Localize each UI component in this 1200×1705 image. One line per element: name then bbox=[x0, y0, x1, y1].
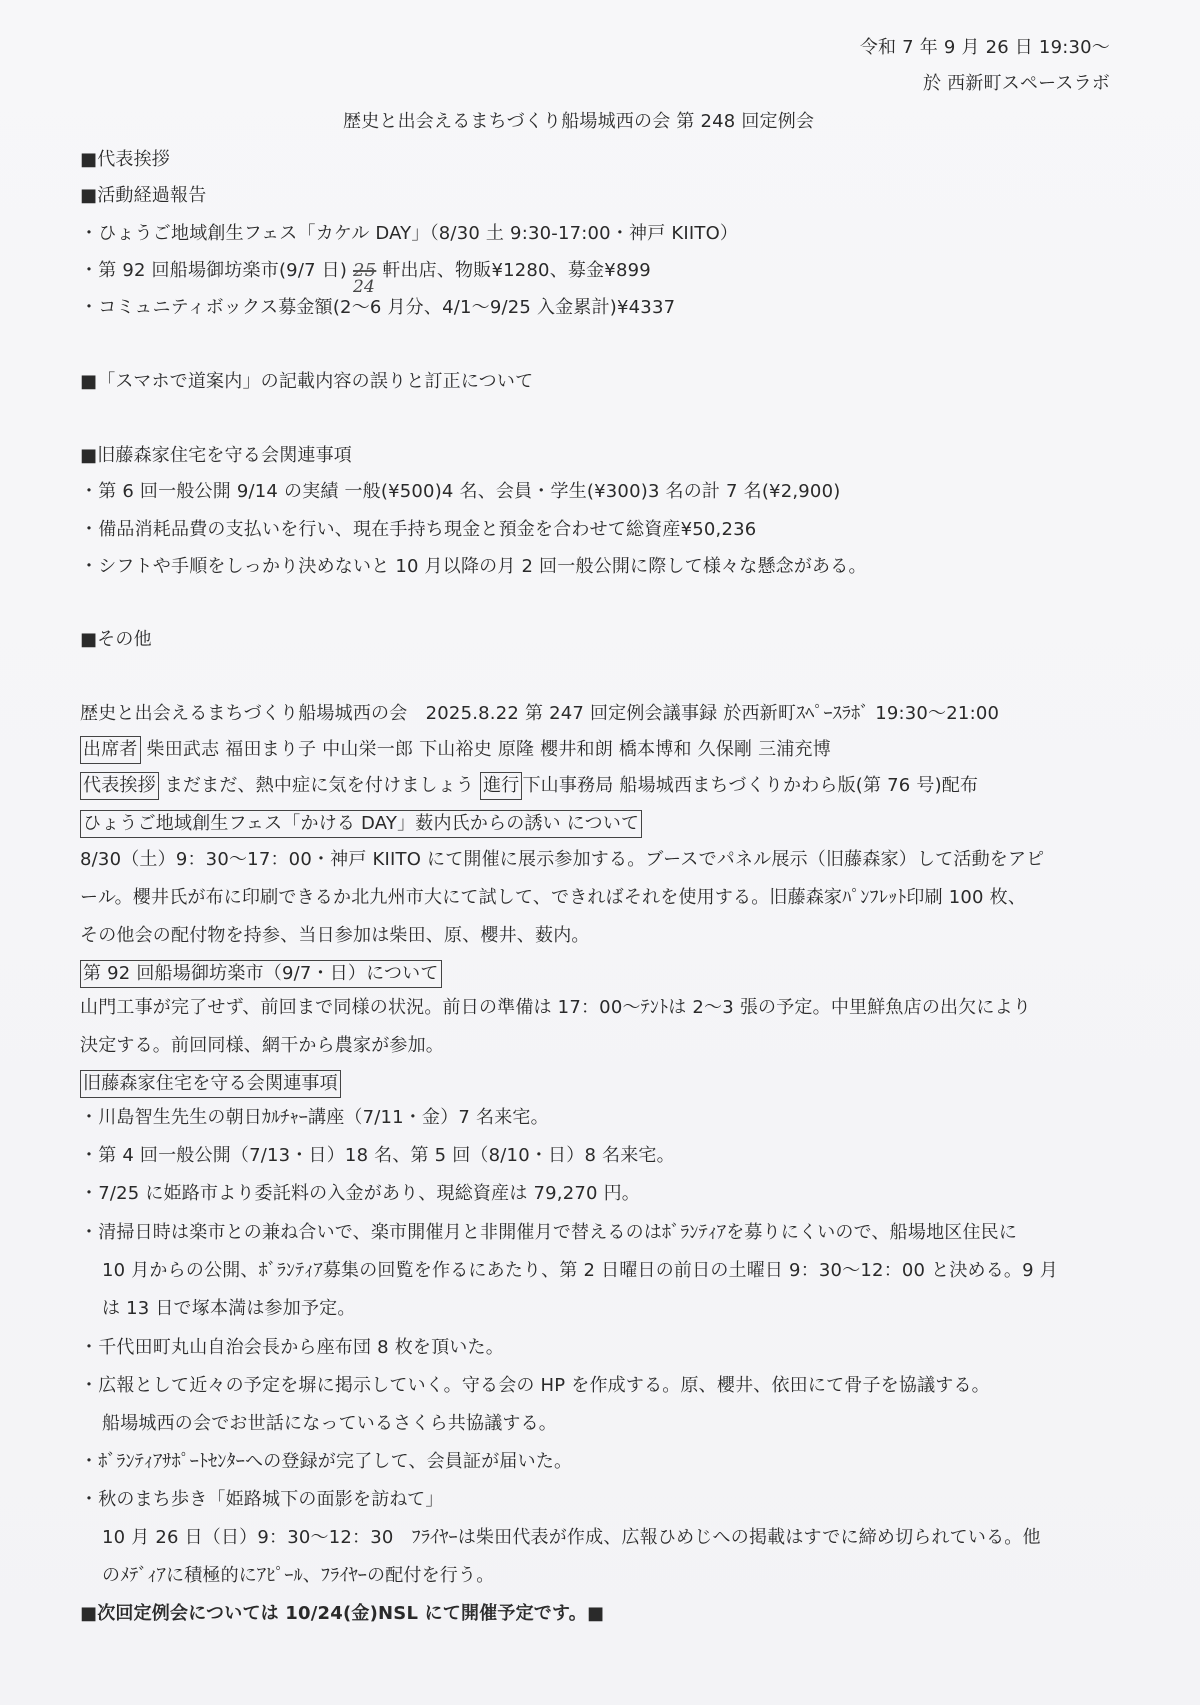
greeting-label: 代表挨拶 bbox=[80, 772, 159, 800]
moderator-label: 進行 bbox=[480, 772, 522, 800]
section-heading-rakuichi: 第 92 回船場御坊楽市（9/7・日）について bbox=[80, 960, 442, 988]
section-heading-fes: ひょうご地域創生フェス「かける DAY」薮内氏からの誘い について bbox=[80, 810, 642, 838]
section-line: のﾒﾃﾞｨｱに積極的にｱﾋﾟｰﾙ、ﾌﾗｲﾔｰの配付を行う。 bbox=[102, 1564, 494, 1588]
section-heading-text: 旧藤森家住宅を守る会関連事項 bbox=[80, 1070, 341, 1098]
attendees-label: 出席者 bbox=[80, 736, 141, 764]
next-meeting-notice: ■次回定例会については 10/24(金)NSL にて開催予定です。■ bbox=[80, 1602, 604, 1626]
section-line: ・広報として近々の予定を塀に掲示していく。守る会の HP を作成する。原、櫻井、… bbox=[80, 1374, 990, 1398]
section-line: ール。櫻井氏が布に印刷できるか北九州市大にて試して、できればそれを使用する。旧藤… bbox=[80, 886, 1026, 910]
heading-activity-report: ■活動経過報告 bbox=[80, 184, 206, 208]
heading-fujimori: ■旧藤森家住宅を守る会関連事項 bbox=[80, 444, 352, 468]
section-line: 決定する。前回同様、網干から農家が参加。 bbox=[80, 1034, 444, 1058]
minutes-title: 歴史と出会えるまちづくり船場城西の会 2025.8.22 第 247 回定例会議… bbox=[80, 702, 999, 726]
document-title: 歴史と出会えるまちづくり船場城西の会 第 248 回定例会 bbox=[343, 110, 814, 134]
meeting-venue: 於 西新町スペースラボ bbox=[923, 72, 1110, 96]
fujimori-item: ・備品消耗品費の支払いを行い、現在手持ち現金と預金を合わせて総資産¥50,236 bbox=[80, 518, 756, 542]
meeting-date-time: 令和 7 年 9 月 26 日 19:30～ bbox=[860, 36, 1110, 60]
section-line: ・第 4 回一般公開（7/13・日）18 名、第 5 回（8/10・日）8 名来… bbox=[80, 1144, 675, 1168]
handwritten-correction: 25 24 bbox=[353, 259, 376, 283]
heading-greeting: ■代表挨拶 bbox=[80, 148, 170, 172]
heading-smartphone-guide: ■「スマホで道案内」の記載内容の誤りと訂正について bbox=[80, 370, 533, 394]
section-line: 10 月 26 日（日）9：30～12：30 ﾌﾗｲﾔｰは柴田代表が作成、広報ひ… bbox=[102, 1526, 1041, 1550]
section-line: ・秋のまち歩き「姫路城下の面影を訪ねて」 bbox=[80, 1488, 444, 1512]
section-heading-text: ひょうご地域創生フェス「かける DAY」薮内氏からの誘い について bbox=[80, 810, 642, 838]
moderator-text: 下山事務局 船場城西まちづくりかわら版(第 76 号)配布 bbox=[522, 775, 978, 796]
activity-item-fes: ・ひょうご地域創生フェス「カケル DAY」（8/30 土 9:30-17:00・… bbox=[80, 222, 738, 246]
activity-item-rakuichi: ・第 92 回船場御坊楽市(9/7 日) 25 24 軒出店、物販¥1280、募… bbox=[80, 259, 651, 283]
section-line: ・千代田町丸山自治会長から座布団 8 枚を頂いた。 bbox=[80, 1336, 504, 1360]
attendees-row: 出席者 柴田武志 福田まり子 中山栄一郎 下山裕史 原隆 櫻井和朗 橋本博和 久… bbox=[80, 736, 831, 764]
section-line: ・清掃日時は楽市との兼ね合いで、楽市開催月と非開催月で替えるのはﾎﾞﾗﾝﾃｨｱを… bbox=[80, 1221, 1017, 1245]
rakuichi-details: 軒出店、物販¥1280、募金¥899 bbox=[382, 260, 651, 281]
activity-item-community-box: ・コミュニティボックス募金額(2～6 月分、4/1～9/25 入金累計)¥433… bbox=[80, 296, 675, 320]
section-line: ・7/25 に姫路市より委託料の入金があり、現総資産は 79,270 円。 bbox=[80, 1182, 640, 1206]
fujimori-item: ・第 6 回一般公開 9/14 の実績 一般(¥500)4 名、会員・学生(¥3… bbox=[80, 480, 840, 504]
section-line: は 13 日で塚本満は参加予定。 bbox=[102, 1297, 356, 1321]
section-heading-text: 第 92 回船場御坊楽市（9/7・日）について bbox=[80, 960, 442, 988]
attendees-list: 柴田武志 福田まり子 中山栄一郎 下山裕史 原隆 櫻井和朗 橋本博和 久保剛 三… bbox=[147, 739, 831, 760]
section-line: 10 月からの公開、ﾎﾞﾗﾝﾃｨｱ募集の回覧を作るにあたり、第 2 日曜日の前日… bbox=[102, 1259, 1058, 1283]
greeting-row: 代表挨拶 まだまだ、熱中症に気を付けましょう 進行下山事務局 船場城西まちづくり… bbox=[80, 772, 978, 800]
section-line: ・ﾎﾞﾗﾝﾃｨｱｻﾎﾟｰﾄｾﾝﾀｰへの登録が完了して、会員証が届いた。 bbox=[80, 1450, 572, 1474]
section-line: ・川島智生先生の朝日ｶﾙﾁｬｰ講座（7/11・金）7 名来宅。 bbox=[80, 1106, 549, 1130]
rakuichi-label: ・第 92 回船場御坊楽市(9/7 日) bbox=[80, 260, 347, 281]
greeting-text: まだまだ、熱中症に気を付けましょう bbox=[165, 775, 474, 796]
heading-other: ■その他 bbox=[80, 628, 152, 652]
section-line: 山門工事が完了せず、前回まで同様の状況。前日の準備は 17：00～ﾃﾝﾄは 2～… bbox=[80, 996, 1031, 1020]
section-heading-fujimori: 旧藤森家住宅を守る会関連事項 bbox=[80, 1070, 341, 1098]
section-line: 8/30（土）9：30～17：00・神戸 KIITO にて開催に展示参加する。ブ… bbox=[80, 848, 1044, 872]
section-line: その他会の配付物を持参、当日参加は柴田、原、櫻井、薮内。 bbox=[80, 924, 590, 948]
section-line: 船場城西の会でお世話になっているさくら共協議する。 bbox=[102, 1412, 557, 1436]
document-page: 令和 7 年 9 月 26 日 19:30～ 於 西新町スペースラボ 歴史と出会… bbox=[0, 0, 1200, 1705]
fujimori-item: ・シフトや手順をしっかり決めないと 10 月以降の月 2 回一般公開に際して様々… bbox=[80, 555, 867, 579]
